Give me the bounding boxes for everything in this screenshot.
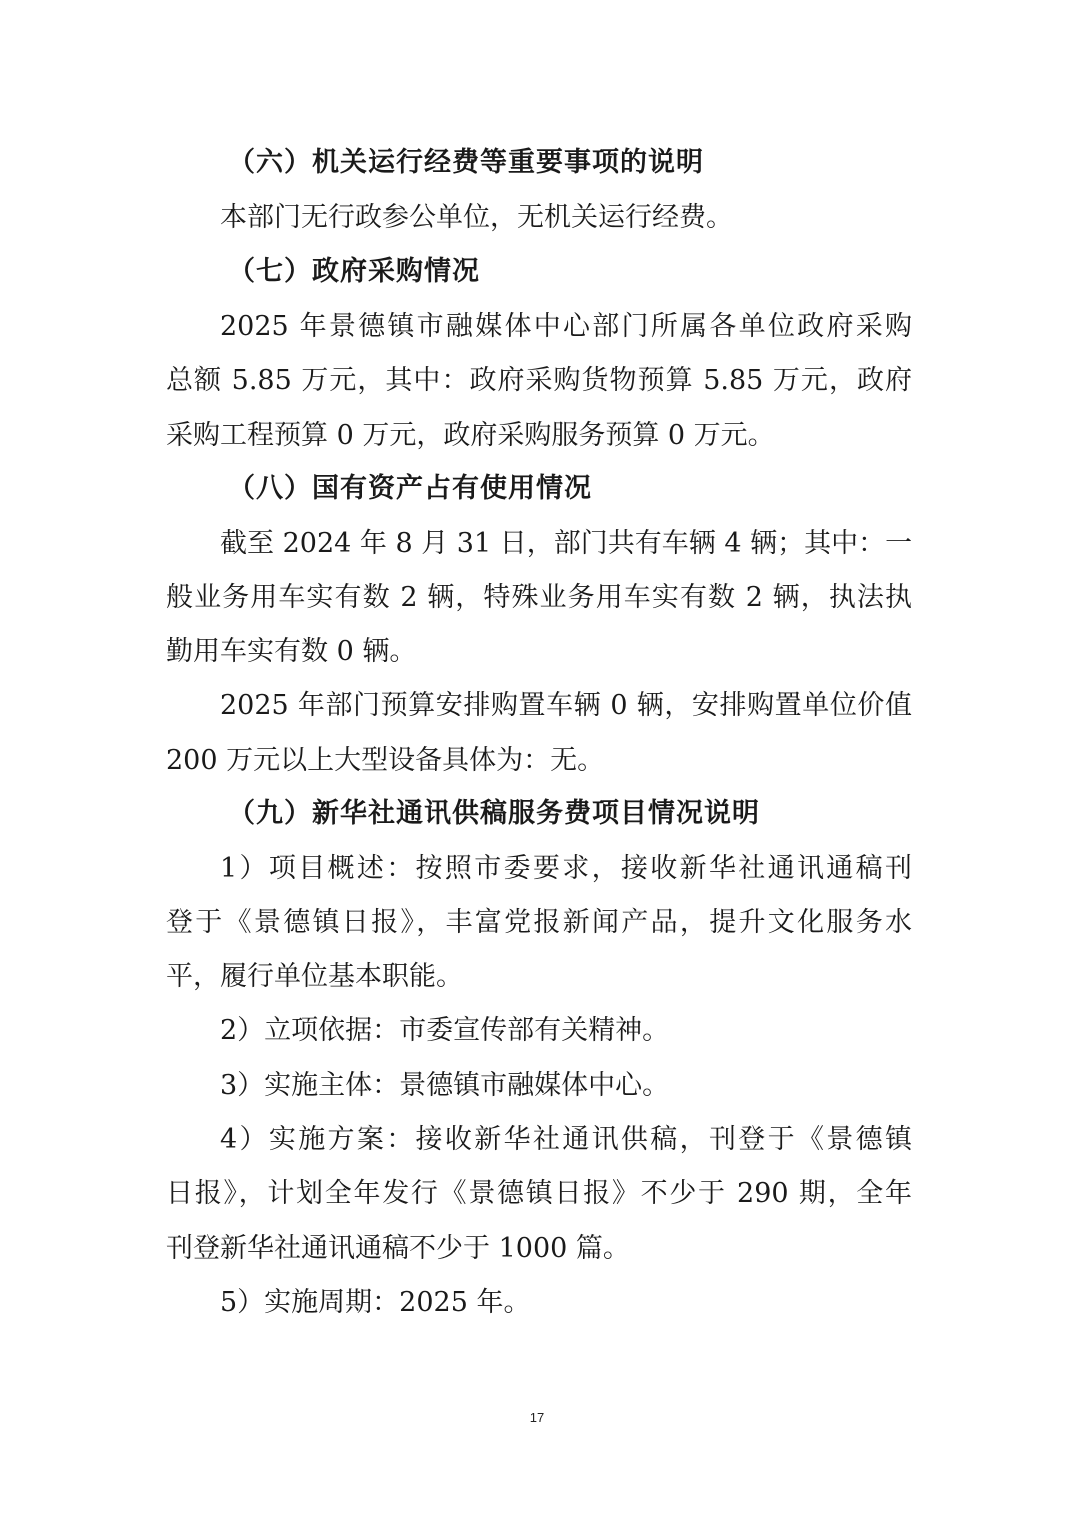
paragraph-line: 截至 2024 年 8 月 31 日，部门共有车辆 4 辆；其中：一 xyxy=(220,524,912,564)
document-page: （六）机关运行经费等重要事项的说明 本部门无行政参公单位，无机关运行经费。 （七… xyxy=(0,0,1074,1520)
paragraph-line: 般业务用车实有数 2 辆，特殊业务用车实有数 2 辆，执法执 xyxy=(166,578,912,618)
paragraph-line: 平，履行单位基本职能。 xyxy=(166,957,912,997)
section-heading-6: （六）机关运行经费等重要事项的说明 xyxy=(228,143,920,183)
section-heading-7: （七）政府采购情况 xyxy=(228,252,920,292)
paragraph-line: 总额 5.85 万元，其中：政府采购货物预算 5.85 万元，政府 xyxy=(166,361,912,401)
paragraph-line: 刊登新华社通讯通稿不少于 1000 篇。 xyxy=(166,1229,912,1269)
paragraph-line: 200 万元以上大型设备具体为：无。 xyxy=(166,741,912,781)
paragraph-line: 3）实施主体：景德镇市融媒体中心。 xyxy=(220,1066,912,1106)
paragraph-line: 1）项目概述：按照市委要求，接收新华社通讯通稿刊 xyxy=(220,849,912,889)
paragraph-line: 日报》，计划全年发行《景德镇日报》不少于 290 期，全年 xyxy=(166,1174,912,1214)
paragraph-line: 2025 年部门预算安排购置车辆 0 辆，安排购置单位价值 xyxy=(220,686,912,726)
paragraph-line: 本部门无行政参公单位，无机关运行经费。 xyxy=(220,198,912,238)
paragraph-line: 登于《景德镇日报》，丰富党报新闻产品，提升文化服务水 xyxy=(166,903,912,943)
paragraph-line: 采购工程预算 0 万元，政府采购服务预算 0 万元。 xyxy=(166,416,912,456)
paragraph-line: 5）实施周期：2025 年。 xyxy=(220,1283,912,1323)
paragraph-line: 2）立项依据：市委宣传部有关精神。 xyxy=(220,1011,912,1051)
paragraph-line: 2025 年景德镇市融媒体中心部门所属各单位政府采购 xyxy=(220,307,912,347)
paragraph-line: 4）实施方案：接收新华社通讯供稿，刊登于《景德镇 xyxy=(220,1120,912,1160)
section-heading-9: （九）新华社通讯供稿服务费项目情况说明 xyxy=(228,794,920,834)
paragraph-line: 勤用车实有数 0 辆。 xyxy=(166,632,912,672)
section-heading-8: （八）国有资产占有使用情况 xyxy=(228,469,920,509)
page-number: 17 xyxy=(0,1410,1074,1425)
